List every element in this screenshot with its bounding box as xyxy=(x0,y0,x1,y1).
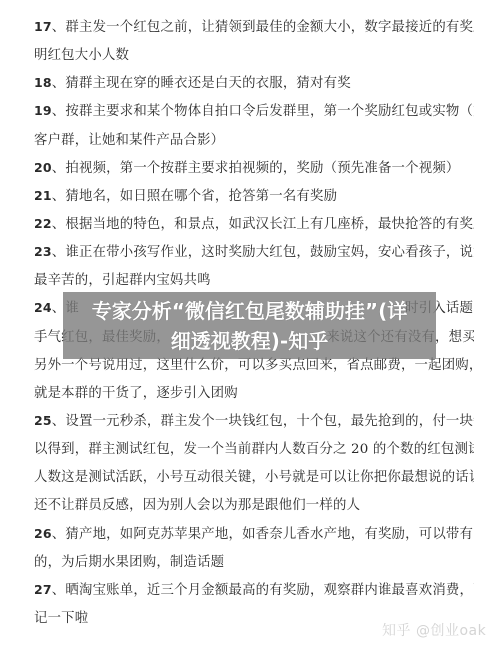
item-number: 23 xyxy=(34,244,52,259)
text-line: 客户群，让她和某件产品合影） xyxy=(34,126,474,154)
line-text: 、猜产地，如阿克苏苹果产地，如香奈儿香水产地，有奖励，可以带有目的性 xyxy=(52,527,474,542)
banner-title-line-1: 专家分析“微信红包尾数辅助挂”(详 xyxy=(92,296,407,326)
text-line: 以得到，群主测试红包，发一个当前群内人数百分之 20 的个数的红包测试在线 xyxy=(34,435,474,463)
item-number: 25 xyxy=(34,413,52,428)
line-text: 人数这是测试活跃，小号互动很关键，小号就是可以让你把你最想说的话说出来， xyxy=(34,470,474,485)
line-text: 就是本群的干货了，逐步引入团购 xyxy=(34,386,238,401)
text-line: 明红包大小人数 xyxy=(34,41,474,69)
text-line: 就是本群的干货了，逐步引入团购 xyxy=(34,379,474,407)
text-line: 27、晒淘宝账单，近三个月金额最高的有奖励，观察群内谁最喜欢消费，可以标 xyxy=(34,576,474,604)
banner-title-line-2: 细透视教程)-知乎 xyxy=(171,326,328,356)
item-number: 19 xyxy=(34,103,52,118)
text-line: 20、拍视频，第一个按群主要求拍视频的，奖励（预先准备一个视频） xyxy=(34,154,474,182)
text-line: 人数这是测试活跃，小号互动很关键，小号就是可以让你把你最想说的话说出来， xyxy=(34,463,474,491)
line-text: 、群主发一个红包之前，让猜领到最佳的金额大小，数字最接近的有奖励，说 xyxy=(52,20,474,35)
line-text: 记一下啦 xyxy=(34,611,88,626)
item-number: 26 xyxy=(34,526,52,541)
text-line: 21、猜地名，如日照在哪个省，抢答第一名有奖励 xyxy=(34,182,474,210)
item-number: 24 xyxy=(34,300,52,315)
line-text: 、按群主要求和某个物体自拍口令后发群里，第一个奖励红包或实物（如你的 xyxy=(52,104,474,119)
text-line: 19、按群主要求和某个物体自拍口令后发群里，第一个奖励红包或实物（如你的 xyxy=(34,97,474,125)
text-line: 25、设置一元秒杀，群主发个一块钱红包，十个包，最先抢到的，付一块钱就可 xyxy=(34,407,474,435)
text-line: 最辛苦的，引起群内宝妈共鸣 xyxy=(34,266,474,294)
line-text: 的，为后期水果团购，制造话题 xyxy=(34,555,224,570)
line-text: 明红包大小人数 xyxy=(34,48,129,63)
line-text: 、拍视频，第一个按群主要求拍视频的，奖励（预先准备一个视频） xyxy=(52,161,460,176)
item-number: 27 xyxy=(34,582,52,597)
line-text: 、根据当地的特色，和景点，如武汉长江上有几座桥，最快抢答的有奖励 xyxy=(52,217,474,232)
line-text: 、谁正在带小孩写作业，这时奖励大红包，鼓励宝妈，安心看孩子，说宝妈是 xyxy=(52,245,474,260)
line-text: 另外一个号说用过，这里什么价，可以多买点回来，省点邮费，一起团购，这时 xyxy=(34,358,474,373)
text-line: 22、根据当地的特色，和景点，如武汉长江上有几座桥，最快抢答的有奖励 xyxy=(34,210,474,238)
item-number: 20 xyxy=(34,160,52,175)
line-text: 、猜地名，如日照在哪个省，抢答第一名有奖励 xyxy=(52,189,337,204)
line-text: 、晒淘宝账单，近三个月金额最高的有奖励，观察群内谁最喜欢消费，可以标 xyxy=(52,583,474,598)
title-overlay-banner: 专家分析“微信红包尾数辅助挂”(详 细透视教程)-知乎 xyxy=(63,292,436,359)
text-line: 的，为后期水果团购，制造话题 xyxy=(34,548,474,576)
text-line: 18、猜群主现在穿的睡衣还是白天的衣服，猜对有奖 xyxy=(34,69,474,97)
line-text: 客户群，让她和某件产品合影） xyxy=(34,133,224,148)
item-number: 22 xyxy=(34,216,52,231)
zhihu-watermark: 知乎 @创业oak xyxy=(382,620,486,640)
line-text: 还不让群员反感，因为别人会以为那是跟他们一样的人 xyxy=(34,498,360,513)
line-text: 、猜群主现在穿的睡衣还是白天的衣服，猜对有奖 xyxy=(52,76,351,91)
line-text: 、设置一元秒杀，群主发个一块钱红包，十个包，最先抢到的，付一块钱就可 xyxy=(52,414,474,429)
item-number: 18 xyxy=(34,75,52,90)
item-number: 17 xyxy=(34,19,52,34)
text-line: 26、猜产地，如阿克苏苹果产地，如香奈儿香水产地，有奖励，可以带有目的性 xyxy=(34,520,474,548)
item-number: 21 xyxy=(34,188,52,203)
text-line: 23、谁正在带小孩写作业，这时奖励大红包，鼓励宝妈，安心看孩子，说宝妈是 xyxy=(34,238,474,266)
line-text: 以得到，群主测试红包，发一个当前群内人数百分之 20 的个数的红包测试在线 xyxy=(34,442,474,457)
text-line: 17、群主发一个红包之前，让猜领到最佳的金额大小，数字最接近的有奖励，说 xyxy=(34,13,474,41)
line-text: 最辛苦的，引起群内宝妈共鸣 xyxy=(34,273,211,288)
text-line: 还不让群员反感，因为别人会以为那是跟他们一样的人 xyxy=(34,491,474,519)
